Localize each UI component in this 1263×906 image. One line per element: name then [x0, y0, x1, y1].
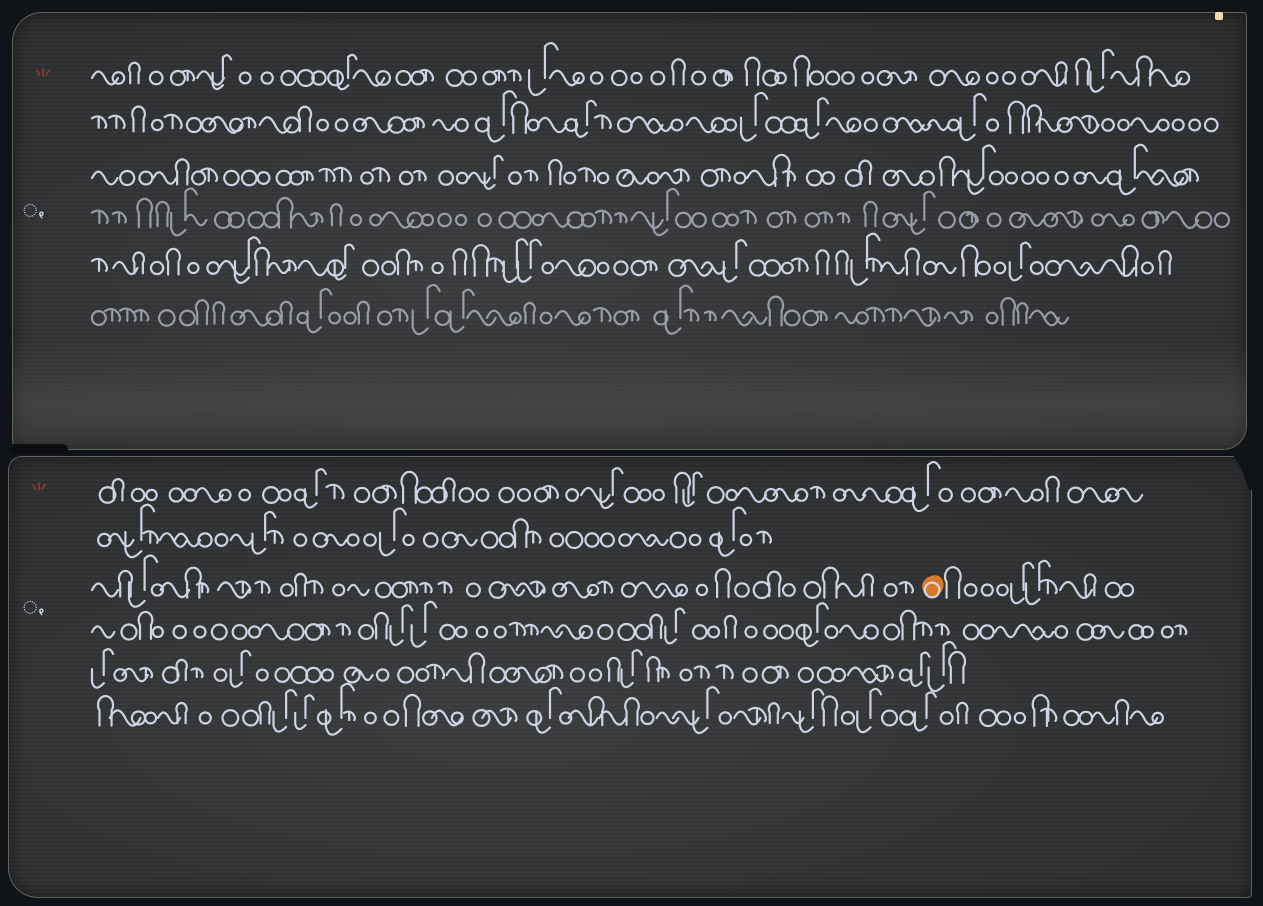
white-symbol-mark: ꩻ [22, 592, 45, 618]
white-symbol-mark: ꩻ [22, 195, 45, 221]
fold-notch-left [12, 444, 68, 454]
worn-band [13, 339, 1246, 449]
paper-chip [1215, 12, 1223, 20]
manuscript-leaf-bottom [8, 456, 1252, 898]
red-symbol-mark: ⺌ [30, 484, 48, 502]
manuscript-leaf-top [12, 12, 1247, 450]
red-symbol-mark: ⺌ [34, 70, 52, 88]
